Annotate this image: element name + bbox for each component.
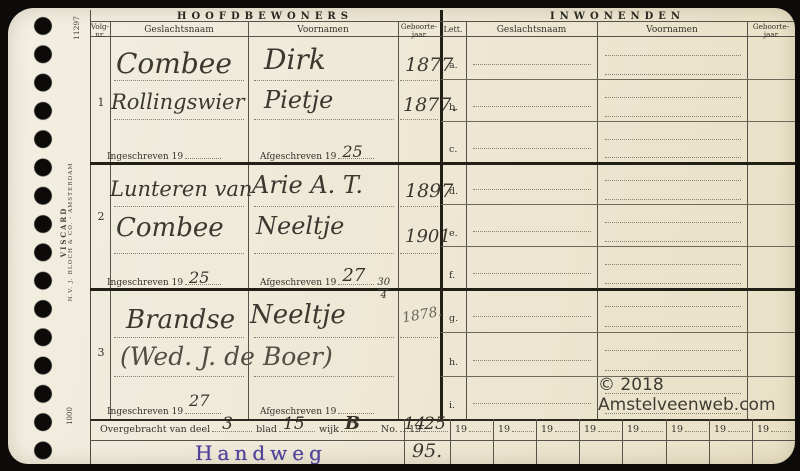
year-blank bbox=[685, 422, 707, 432]
imprint-text: N.V. J. BLOCH & CO. - AMSTERDAM bbox=[68, 163, 74, 302]
dotted-line bbox=[473, 359, 591, 361]
fraction-denominator: 4 bbox=[381, 291, 387, 301]
year-blank bbox=[641, 422, 663, 432]
vline bbox=[666, 419, 667, 464]
year-cell: 19 bbox=[541, 422, 577, 435]
afgeschreven-date-fraction: 30 4 bbox=[377, 278, 390, 301]
entry-voornamen: Arie A. T. bbox=[252, 173, 363, 197]
year-written: 25 bbox=[424, 414, 446, 434]
column-header-voornamen: Voornamen bbox=[248, 26, 398, 35]
serial-top-text: 11297 bbox=[72, 16, 81, 40]
hline bbox=[441, 204, 795, 205]
vline bbox=[709, 419, 710, 464]
dotted-line bbox=[473, 315, 591, 317]
entry-geslachtsnaam: Combee bbox=[116, 50, 232, 78]
ingeschreven-label: Ingeschreven 19 bbox=[107, 152, 183, 162]
vline bbox=[597, 21, 598, 419]
dotted-line bbox=[114, 118, 244, 120]
entry-geboortejaar: 1878. bbox=[401, 305, 443, 326]
deel-blank: 3 bbox=[212, 422, 252, 432]
wijk-value: B bbox=[345, 413, 360, 434]
dotted-line bbox=[400, 118, 438, 120]
ingeschreven-label: Ingeschreven 19 bbox=[107, 278, 183, 288]
column-header-geslachtsnaam-r: Geslachtsnaam bbox=[466, 26, 597, 35]
dotted-line bbox=[254, 118, 394, 120]
entry-voornamen: Neeltje bbox=[250, 302, 346, 328]
year-printed: 19 bbox=[584, 424, 596, 435]
year-blank bbox=[555, 422, 577, 432]
dotted-line bbox=[400, 205, 438, 207]
ingeschreven-blank bbox=[185, 149, 221, 159]
geb-line2: jaar bbox=[412, 30, 426, 39]
vline bbox=[450, 419, 451, 464]
year-printed: 19 bbox=[455, 424, 467, 435]
year-printed: 19 bbox=[714, 424, 726, 435]
year-printed: 19 bbox=[757, 424, 769, 435]
deel-value: 3 bbox=[222, 414, 233, 434]
dotted-line bbox=[605, 198, 741, 200]
ingeschreven-blank: 25 bbox=[185, 275, 221, 285]
no-label: No. bbox=[381, 424, 398, 435]
blad-label: blad bbox=[256, 424, 277, 435]
ingeschreven-label: Ingeschreven 19 bbox=[107, 407, 183, 417]
year-printed: 19 bbox=[409, 424, 421, 435]
dotted-line bbox=[605, 115, 741, 117]
dotted-line bbox=[605, 240, 741, 242]
entry-geslachtsnaam: Brandse bbox=[126, 307, 235, 333]
row-letter: c. bbox=[449, 144, 457, 155]
afgeschreven-row: Afgeschreven 19 27 30 4 bbox=[260, 275, 390, 301]
dotted-line bbox=[473, 402, 591, 404]
vline bbox=[579, 419, 580, 464]
hline bbox=[441, 332, 795, 333]
year-cell: 19 bbox=[714, 422, 750, 435]
afgeschreven-blank: 25 bbox=[338, 149, 374, 159]
overgebracht-row: Overgebracht van deel 3 blad 15 wijk B N… bbox=[100, 422, 434, 435]
amount-value: 95. bbox=[412, 442, 442, 461]
year-cell-first: 19 25 bbox=[409, 422, 448, 435]
dotted-line bbox=[605, 96, 741, 98]
row-letter: d. bbox=[449, 186, 458, 197]
column-header-lett: Lett. bbox=[440, 26, 466, 34]
binder-holes bbox=[33, 12, 53, 464]
ingeschreven-value: 25 bbox=[189, 268, 209, 287]
entry-note: (Wed. J. de Boer) bbox=[120, 344, 333, 369]
dotted-line bbox=[400, 336, 438, 338]
dotted-line bbox=[605, 179, 741, 181]
year-cell: 19 bbox=[757, 422, 791, 435]
vline bbox=[752, 419, 753, 464]
afgeschreven-row: Afgeschreven 19 25 bbox=[260, 149, 374, 162]
year-blank bbox=[771, 422, 791, 432]
row-letter: g. bbox=[449, 313, 458, 324]
row-letter: f. bbox=[449, 270, 455, 281]
overgebracht-label: Overgebracht van deel bbox=[100, 424, 210, 435]
row-letter: e. bbox=[449, 228, 458, 239]
dotted-line bbox=[605, 349, 741, 351]
brand-text: VISCARD bbox=[59, 207, 68, 258]
row-letter: a. bbox=[449, 60, 458, 71]
hline bbox=[441, 121, 795, 122]
dotted-line bbox=[114, 336, 244, 338]
column-header-geboortejaar: Geboorte- jaar bbox=[398, 23, 440, 38]
vline bbox=[466, 21, 467, 419]
year-cell: 19 bbox=[627, 422, 663, 435]
dotted-line bbox=[114, 375, 244, 377]
year-cell: 19 bbox=[455, 422, 491, 435]
column-header-geslachtsnaam: Geslachtsnaam bbox=[110, 26, 248, 35]
year-blank: 25 bbox=[424, 422, 448, 432]
row-letter: h. bbox=[449, 357, 458, 368]
wijk-blank: B bbox=[341, 422, 377, 432]
dotted-line bbox=[114, 205, 244, 207]
row-letter: i. bbox=[449, 400, 455, 411]
vline bbox=[110, 21, 111, 419]
dotted-line bbox=[473, 230, 591, 232]
copyright-watermark: © 2018 Amstelveenweb.com bbox=[598, 375, 795, 415]
afgeschreven-blank: 27 bbox=[338, 275, 374, 285]
entry-geslachtsnaam: Lunteren van bbox=[110, 179, 252, 200]
ingeschreven-value: 27 bbox=[189, 391, 209, 410]
column-header-voornamen-r: Voornamen bbox=[597, 26, 747, 35]
year-printed: 19 bbox=[671, 424, 683, 435]
year-printed: 19 bbox=[498, 424, 510, 435]
hline bbox=[90, 36, 795, 37]
dotted-line bbox=[473, 272, 591, 274]
hline bbox=[441, 246, 795, 247]
serial-number-top: 11297 bbox=[70, 8, 82, 48]
entry-geslachtsnaam: Combee bbox=[116, 215, 224, 241]
ingeschreven-row: Ingeschreven 19 25 bbox=[107, 275, 221, 288]
printer-imprint: VISCARD N.V. J. BLOCH & CO. - AMSTERDAM bbox=[55, 170, 77, 294]
hline bbox=[441, 79, 795, 80]
volgnr-2: 2 bbox=[92, 210, 110, 223]
dotted-line bbox=[473, 105, 591, 107]
wijk-label: wijk bbox=[319, 424, 339, 435]
vline bbox=[622, 419, 623, 464]
afgeschreven-value: 27 bbox=[342, 265, 365, 286]
ingeschreven-row: Ingeschreven 19 27 bbox=[107, 404, 221, 417]
inwonenden-title: INWONENDEN bbox=[440, 11, 795, 22]
row-letter: b. bbox=[449, 102, 458, 113]
column-header-volgnr: Volg- nr. bbox=[90, 23, 110, 38]
afgeschreven-value: 25 bbox=[342, 142, 362, 161]
dotted-line bbox=[605, 73, 741, 75]
entry-geboortejaar: 1901 bbox=[405, 228, 451, 246]
entry-geslachtsnaam: Rollingswier bbox=[111, 92, 245, 113]
vline bbox=[493, 419, 494, 464]
dotted-line bbox=[114, 252, 244, 254]
dotted-line bbox=[400, 252, 438, 254]
vline bbox=[536, 419, 537, 464]
block-divider-line bbox=[90, 162, 795, 165]
dotted-line bbox=[400, 79, 438, 81]
block-divider-line bbox=[90, 288, 795, 291]
year-blank bbox=[728, 422, 750, 432]
dotted-line bbox=[605, 369, 741, 371]
dotted-line bbox=[473, 147, 591, 149]
dotted-line bbox=[254, 375, 394, 377]
entry-voornamen: Neeltje bbox=[256, 214, 344, 238]
registration-card: 11297 VISCARD N.V. J. BLOCH & CO. - AMST… bbox=[8, 8, 795, 464]
blad-value: 15 bbox=[283, 414, 305, 434]
entry-geboortejaar: 1877 bbox=[405, 56, 453, 75]
volgnr-3: 3 bbox=[92, 346, 110, 359]
year-blank bbox=[469, 422, 491, 432]
dotted-line bbox=[254, 252, 394, 254]
serial-bottom-text: 1000 bbox=[66, 407, 74, 425]
geb-r-line2: jaar bbox=[764, 30, 778, 39]
entry-voornamen: Pietje bbox=[264, 88, 333, 112]
entry-geboortejaar: 1897 bbox=[405, 182, 453, 201]
vline bbox=[90, 10, 91, 464]
dotted-line bbox=[605, 305, 741, 307]
volg-line2: nr. bbox=[95, 30, 105, 39]
dotted-line bbox=[605, 54, 741, 56]
dotted-line bbox=[254, 79, 394, 81]
afgeschreven-label: Afgeschreven 19 bbox=[260, 278, 336, 288]
dotted-line bbox=[605, 138, 741, 140]
year-blank bbox=[512, 422, 534, 432]
dotted-line bbox=[473, 188, 591, 190]
year-cell: 19 bbox=[498, 422, 534, 435]
volgnr-1: 1 bbox=[92, 96, 110, 109]
scan-background: 11297 VISCARD N.V. J. BLOCH & CO. - AMST… bbox=[0, 0, 800, 471]
year-printed: 19 bbox=[627, 424, 639, 435]
dotted-line bbox=[254, 336, 394, 338]
address-stamp: Handweg bbox=[156, 441, 366, 464]
year-blank bbox=[598, 422, 620, 432]
dotted-line bbox=[254, 205, 394, 207]
dotted-line bbox=[605, 263, 741, 265]
blad-blank: 15 bbox=[279, 422, 315, 432]
year-cell: 19 bbox=[671, 422, 707, 435]
serial-number-bottom: 1000 bbox=[64, 396, 76, 436]
column-header-geboortejaar-r: Geboorte- jaar bbox=[747, 23, 795, 38]
hoofdbewoners-title: HOOFDBEWONERS bbox=[90, 11, 440, 22]
ingeschreven-blank: 27 bbox=[185, 404, 221, 414]
dotted-line bbox=[473, 63, 591, 65]
ingeschreven-row: Ingeschreven 19 bbox=[107, 149, 221, 162]
vline bbox=[398, 21, 399, 419]
year-printed: 19 bbox=[541, 424, 553, 435]
dotted-line bbox=[605, 156, 741, 158]
dotted-line bbox=[605, 325, 741, 327]
entry-voornamen: Dirk bbox=[264, 46, 326, 74]
afgeschreven-label: Afgeschreven 19 bbox=[260, 152, 336, 162]
fraction-numerator: 30 bbox=[377, 278, 390, 288]
year-cell: 19 bbox=[584, 422, 620, 435]
dotted-line bbox=[605, 282, 741, 284]
vline bbox=[747, 21, 748, 419]
dotted-line bbox=[605, 221, 741, 223]
